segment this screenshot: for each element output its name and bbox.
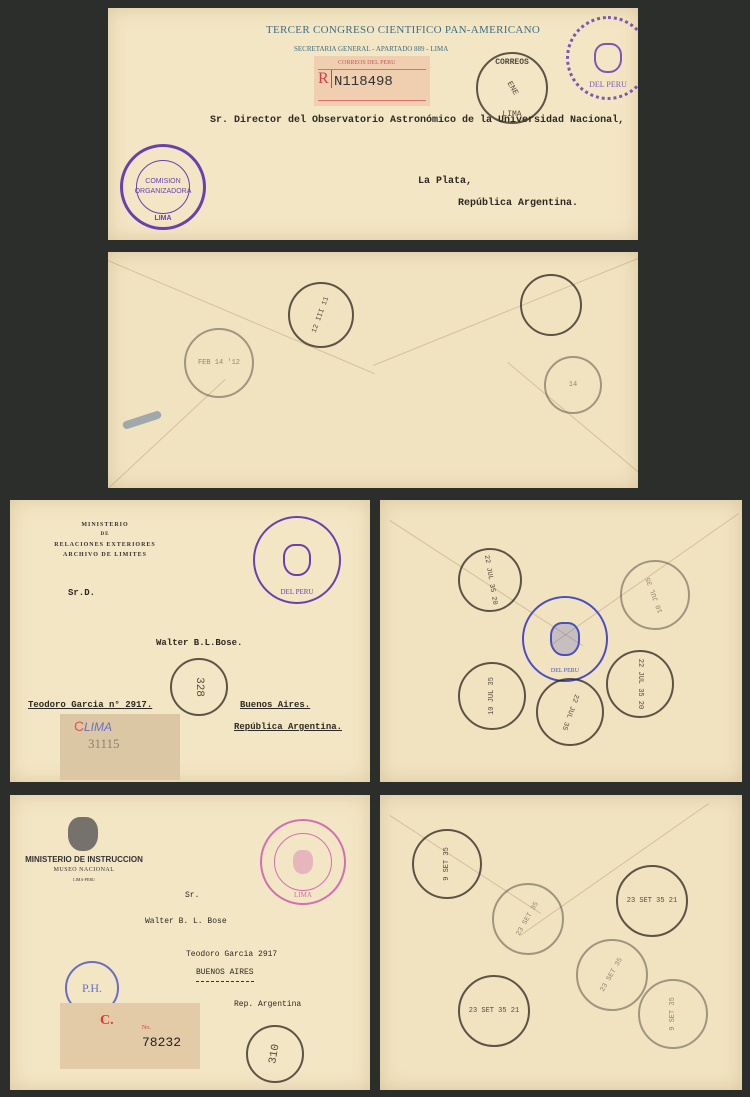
postmark: 22 JUL 35: [536, 678, 604, 746]
registration-number: 78232: [142, 1035, 181, 1050]
registration-r: R: [318, 70, 332, 88]
envelope-3-front: MINISTERIO DE INSTRUCCION MUSEO NACIONAL…: [10, 795, 370, 1090]
registration-no-label: No.: [142, 1025, 151, 1031]
seal-text: LIMA: [294, 891, 312, 899]
postmark-date: FEB 14 '12: [198, 359, 240, 367]
envelope-1-front: TERCER CONGRESO CIENTIFICO PAN-AMERICANO…: [108, 8, 638, 240]
recipient-country: República Argentina.: [234, 722, 342, 732]
postmark: 9 SET 35: [412, 829, 482, 899]
postmark-number: 328: [193, 677, 205, 697]
registration-number: 31115: [88, 736, 120, 752]
ministerio-seal: DEL PERU: [566, 16, 638, 100]
letterhead-subtitle: SECRETARIA GENERAL - APARTADO 889 - LIMA: [294, 45, 448, 53]
postmark: 23 SET 35: [576, 939, 648, 1011]
address-line-2: La Plata,: [418, 176, 472, 187]
postmark-number: 310: [267, 1043, 282, 1065]
postmark-date: 23 SET 35: [515, 901, 541, 938]
coat-of-arms-icon: [68, 817, 98, 851]
letterhead: MINISTERIO DE RELACIONES EXTERIORES ARCH…: [30, 520, 180, 560]
postmark: 23 SET 35 21: [616, 865, 688, 937]
certificados-postmark: 328: [170, 658, 228, 716]
letterhead-line: MUSEO NACIONAL: [24, 867, 144, 873]
postmark-date: 9 SET 35: [443, 847, 451, 881]
coat-of-arms-icon: [550, 622, 580, 656]
envelope-2-back: 22 JUL 35 20 10 JUL 35 DEL PERU 10 JUL 3…: [380, 500, 742, 782]
postmark: 22 JUL 35 20: [458, 548, 522, 612]
coat-of-arms-icon: [293, 850, 313, 874]
coat-of-arms-icon: [283, 544, 311, 576]
postmark: 23 SET 35: [492, 883, 564, 955]
postmark: 12 III 11: [288, 282, 354, 348]
letterhead-line: DE: [30, 530, 180, 540]
ink-mark: [122, 410, 163, 430]
postmark-text: CORREOS: [495, 58, 529, 67]
address-line-3: República Argentina.: [458, 198, 578, 209]
postmark-date: 23 SET 35: [599, 957, 625, 994]
divider: [318, 69, 426, 70]
recipient-street: Teodoro Garcia 2917: [186, 950, 277, 959]
letterhead: MINISTERIO DE INSTRUCCION MUSEO NACIONAL…: [24, 855, 144, 882]
recipient-city: Buenos Aires.: [240, 700, 310, 710]
recipient-name: Walter B.L.Bose.: [156, 638, 242, 648]
postmark: [520, 274, 582, 336]
postmark-date: 23 SET 35 21: [627, 897, 677, 905]
registration-label: C LIMA 31115: [60, 714, 180, 780]
flap-line: [373, 253, 638, 366]
postmark-date: 9 SET 35: [669, 997, 677, 1031]
postmark: 10 JUL 35: [620, 560, 690, 630]
divider: [318, 100, 426, 101]
seal-text: DEL PERU: [551, 668, 579, 674]
postmark: 23 SET 35 21: [458, 975, 530, 1047]
ph-stamp-text: P.H.: [82, 981, 102, 996]
letterhead-line: RELACIONES EXTERIORES: [30, 540, 180, 550]
registration-number: N118498: [334, 74, 393, 90]
registration-prefix: C: [74, 718, 84, 734]
postmark: 10 JUL 35: [458, 662, 526, 730]
seal-text: DEL PERU: [589, 80, 627, 89]
registration-label: C. No. 78232: [60, 1003, 200, 1069]
envelope-2-front: MINISTERIO DE RELACIONES EXTERIORES ARCH…: [10, 500, 370, 782]
ministerio-seal: DEL PERU: [522, 596, 608, 682]
letterhead-line: MINISTERIO: [30, 520, 180, 530]
recipient-country: Rep. Argentina: [234, 1000, 301, 1009]
seal-text: LIMA: [154, 215, 171, 222]
correos-postmark: CORREOS ENE LIMA: [476, 52, 548, 124]
postmark-date: 10 JUL 35: [488, 677, 496, 715]
postmark-date: 22 JUL 35: [560, 693, 580, 731]
letterhead-line: MINISTERIO DE INSTRUCCION: [24, 855, 144, 864]
postmark-date: 22 JUL 35 20: [482, 554, 499, 605]
postmark: FEB 14 '12: [184, 328, 254, 398]
letterhead-line: LIMA-PERU: [24, 877, 144, 882]
postmark-date: 14: [569, 381, 577, 389]
address-line-1: Sr. Director del Observatorio Astronómic…: [210, 115, 624, 126]
postmark-date: 10 JUL 35: [645, 576, 665, 614]
ministerio-seal: DEL PERU: [253, 516, 341, 604]
recipient-city: BUENOS AIRES: [196, 968, 254, 982]
certificados-postmark: 310: [246, 1025, 304, 1083]
postmark: 22 JUL 35 20: [606, 650, 674, 718]
museo-seal: LIMA: [260, 819, 346, 905]
registration-label: CORREOS DEL PERU R N118498: [314, 56, 430, 106]
registration-label-header: CORREOS DEL PERU: [338, 60, 395, 66]
recipient-name: Walter B. L. Bose: [145, 917, 227, 926]
recipient-street: Teodoro Garcia n° 2917.: [28, 700, 152, 710]
letterhead-title: TERCER CONGRESO CIENTIFICO PAN-AMERICANO: [266, 24, 540, 36]
postmark: 9 SET 35: [638, 979, 708, 1049]
registration-city: LIMA: [84, 720, 112, 734]
seal-text: DEL PERU: [281, 588, 314, 596]
postmark-date: 23 SET 35 21: [469, 1007, 519, 1015]
letterhead-line: ARCHIVO DE LIMITES: [30, 550, 180, 560]
postmark-date: 12 III 11: [311, 296, 331, 334]
postmark-date: 22 JUL 35 20: [636, 659, 644, 709]
salutation: Sr.D.: [68, 588, 95, 598]
envelope-3-back: 9 SET 35 23 SET 35 23 SET 35 21 23 SET 3…: [380, 795, 742, 1090]
comision-seal: COMISION ORGANIZADORA LIMA: [120, 144, 206, 230]
envelope-1-back: 12 III 11 FEB 14 '12 14: [108, 252, 638, 488]
postmark: 14: [544, 356, 602, 414]
salutation: Sr.: [185, 891, 199, 900]
coat-of-arms-icon: [594, 43, 622, 73]
registration-prefix: C.: [100, 1013, 114, 1029]
postmark-date: ENE: [505, 80, 520, 97]
